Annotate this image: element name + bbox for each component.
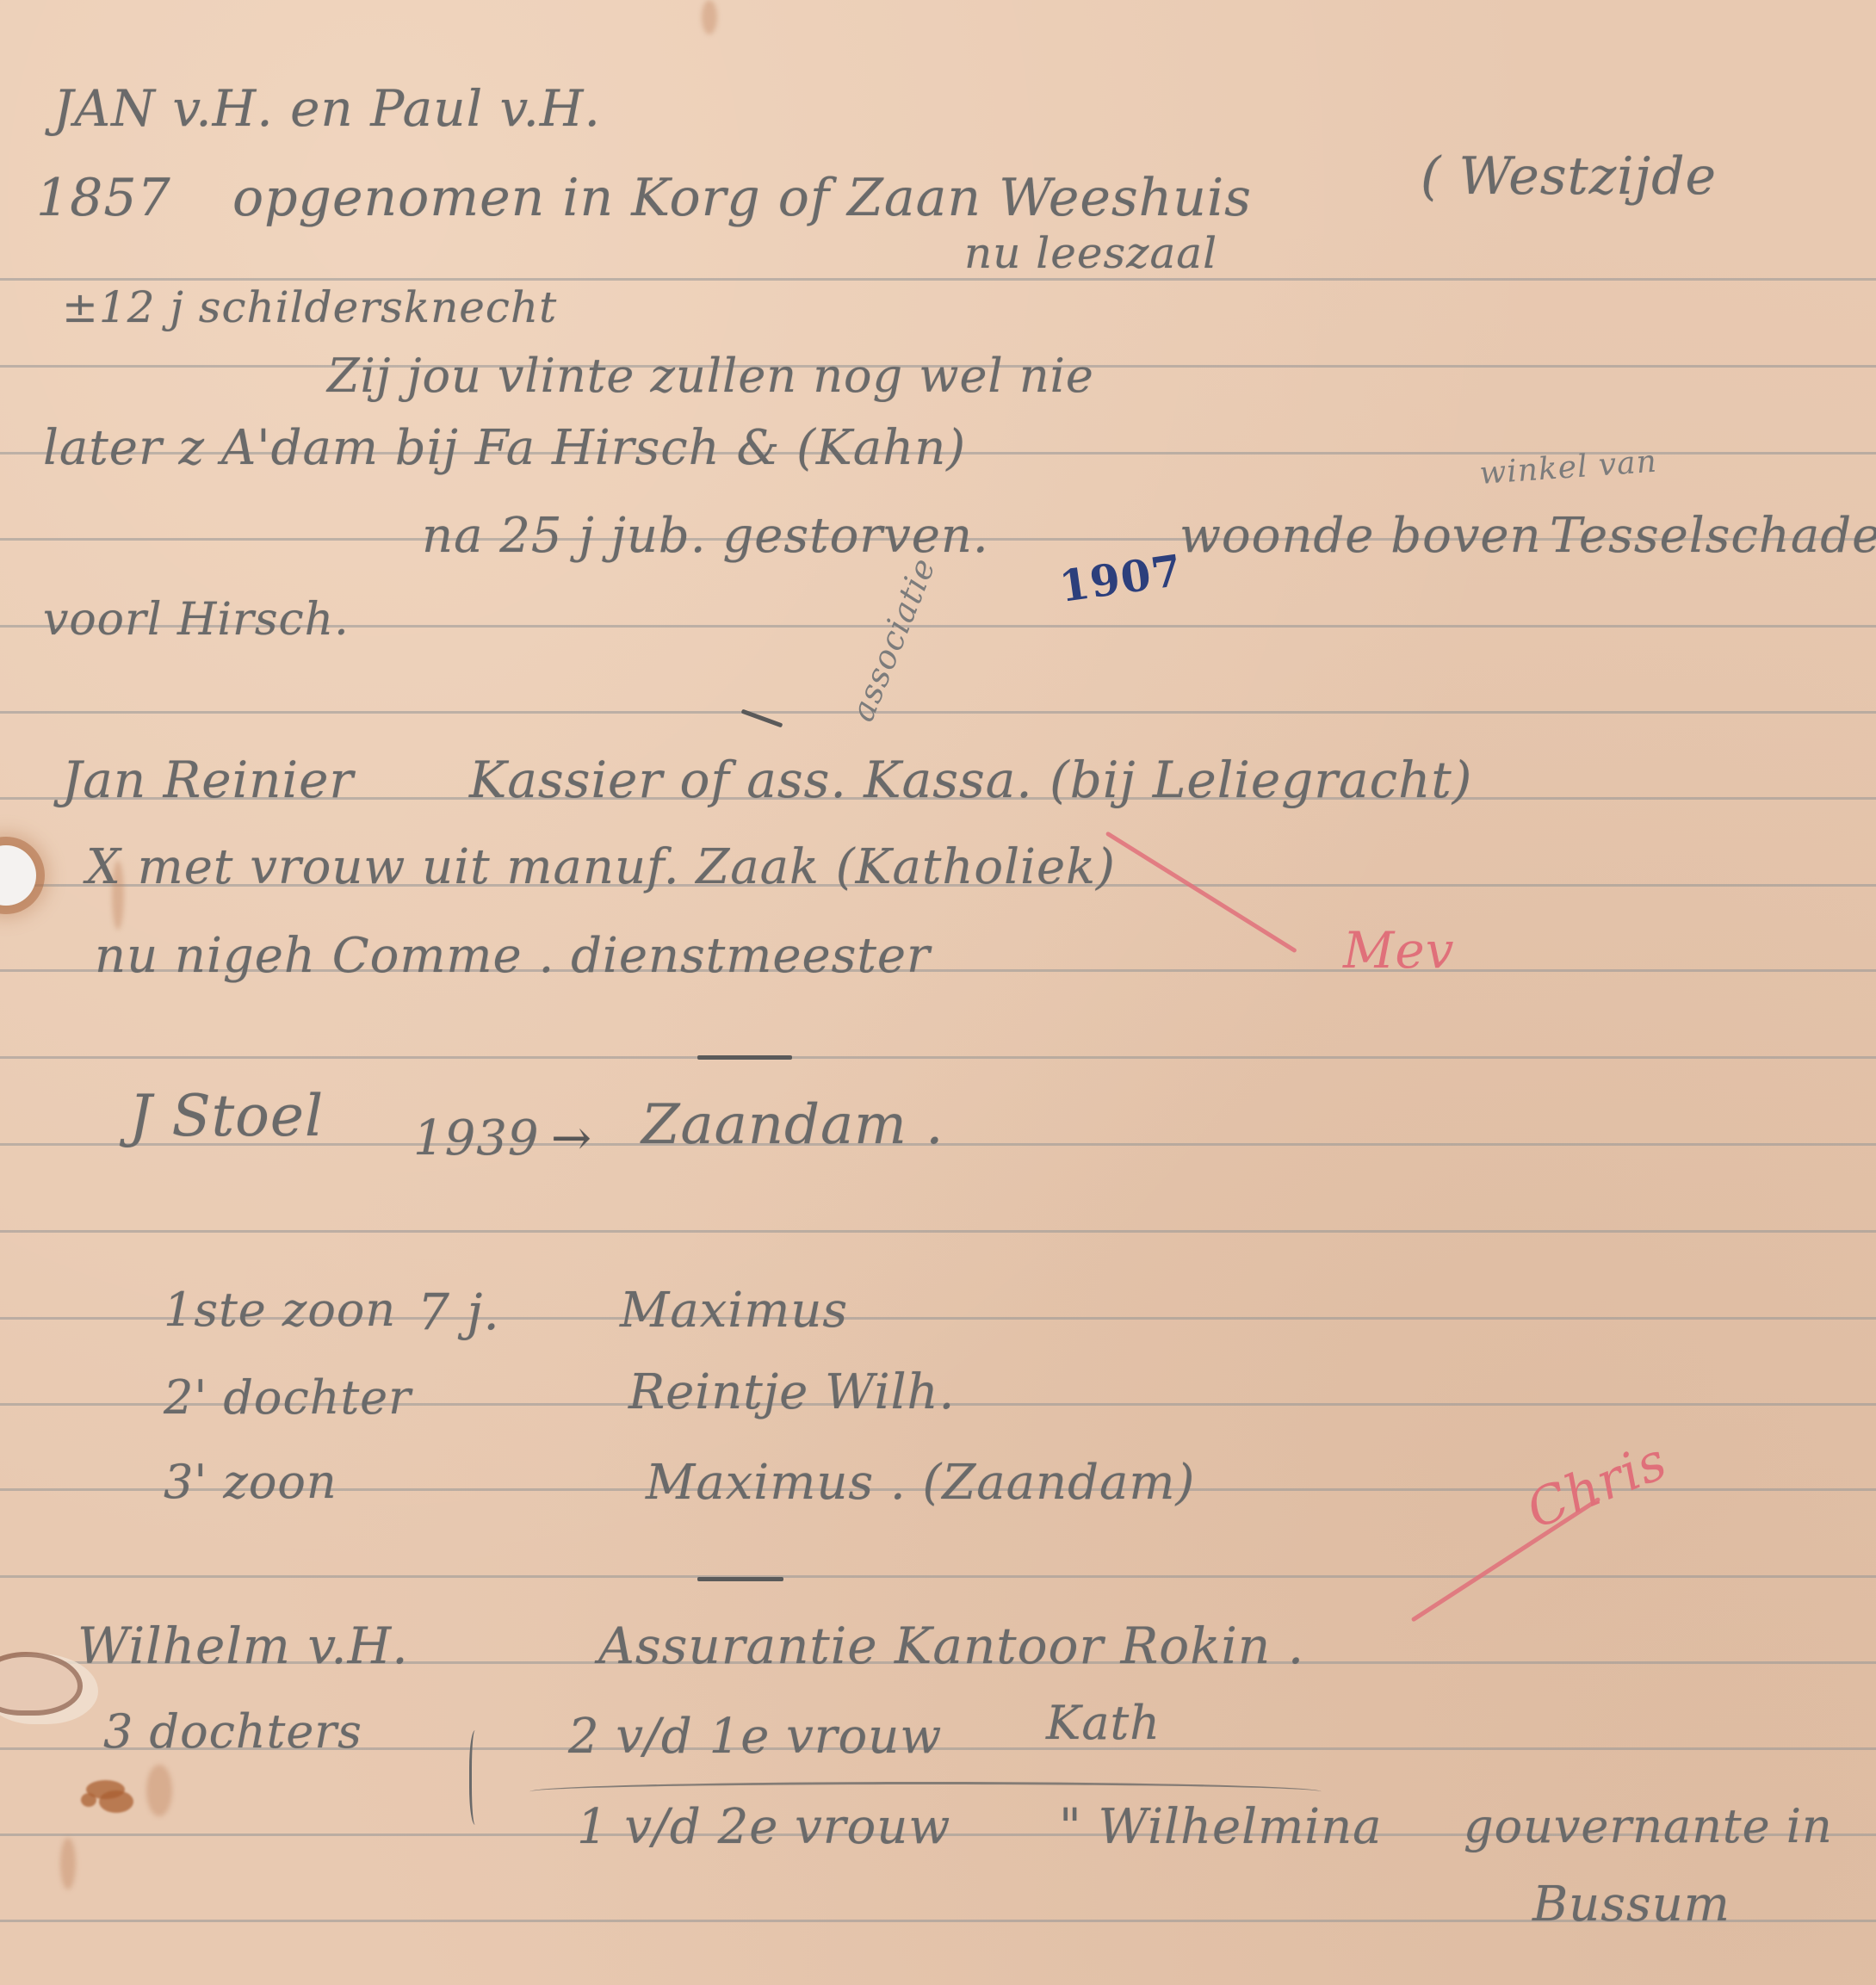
kassier-text: Kassier of ass. Kassa. (bij Leliegracht) <box>469 751 1472 809</box>
year-1907-blue: 1907 <box>1056 545 1186 612</box>
wilhelm-name: Wilhelm v.H. <box>77 1617 409 1675</box>
ruled-line <box>0 278 1876 281</box>
ruled-line <box>0 1056 1876 1059</box>
westzijde-text: ( Westzijde <box>1421 146 1717 207</box>
daughters-label: 3 dochters <box>103 1704 362 1759</box>
ruled-line <box>0 1575 1876 1578</box>
year-1857: 1857 <box>36 168 171 228</box>
assurantie-text: Assurantie Kantoor Rokin . <box>598 1617 1304 1675</box>
section-divider <box>697 1055 792 1060</box>
ruled-line <box>0 1230 1876 1233</box>
child-1-name: Maximus <box>620 1283 848 1339</box>
brown-stain <box>146 1765 172 1816</box>
torn-punch-hole <box>0 1657 77 1710</box>
section-divider <box>697 1577 783 1581</box>
child-1-age: 7 j. <box>418 1283 500 1341</box>
brace-bracket <box>469 1730 484 1825</box>
daughters-first-wife: 2 v/d 1e vrouw <box>568 1709 942 1765</box>
brown-stain <box>81 1793 96 1807</box>
child-3-label: 3' zoon <box>164 1455 337 1509</box>
child-3-name: Maximus . (Zaandam) <box>646 1455 1195 1511</box>
heading-names: JAN v.H. en Paul v.H. <box>53 79 601 138</box>
zaandam-place: Zaandam . <box>641 1093 944 1157</box>
jubilee-line: na 25 j jub. gestorven. <box>422 508 989 564</box>
hirsch-kahn-line: later z A'dam bij Fa Hirsch & (Kahn) <box>43 420 966 476</box>
child-2-name: Reintje Wilh. <box>628 1364 955 1420</box>
woonde-boven: woonde boven <box>1179 508 1542 564</box>
winkel-van-insert: winkel van <box>1478 444 1658 492</box>
year-1939: 1939 <box>413 1110 540 1166</box>
leeszaal-text: nu leeszaal <box>964 228 1217 278</box>
child-2-label: 2' dochter <box>164 1370 412 1425</box>
orphanage-text: opgenomen in Korg of Zaan Weeshuis <box>232 168 1252 228</box>
inserted-phrase: Zij jou vlinte zullen nog wel nie <box>327 349 1094 403</box>
brown-stain <box>99 1790 133 1813</box>
voorl-hirsch: voorl Hirsch. <box>43 594 350 646</box>
j-stoel-name: J Stoel <box>129 1083 324 1149</box>
child-1-label: 1ste zoon <box>164 1283 396 1337</box>
tesselschade: Tesselschade <box>1550 508 1876 564</box>
jan-reinier-name: Jan Reinier <box>62 751 354 809</box>
wilhelmina-name: " Wilhelmina <box>1059 1799 1383 1855</box>
red-connector-line <box>1105 831 1297 953</box>
arrow-icon: → <box>551 1110 592 1166</box>
brown-stain <box>60 1838 76 1889</box>
gouvernante-text: gouvernante in <box>1464 1799 1833 1853</box>
red-note-mev: Mev <box>1343 921 1454 980</box>
red-note-chris: Chris <box>1519 1431 1675 1541</box>
ruled-line <box>0 711 1876 714</box>
bussum-place: Bussum <box>1532 1877 1731 1932</box>
document-page: JAN v.H. en Paul v.H. 1857 opgenomen in … <box>0 0 1876 1985</box>
punch-hole <box>0 845 36 906</box>
brown-stain <box>702 0 717 34</box>
dienstmeester-line: nu nigeh Comme . dienstmeester <box>95 928 931 984</box>
schildersknecht-line: ±12 j schildersknecht <box>62 282 557 332</box>
daughters-second-wife: 1 v/d 2e vrouw <box>577 1799 950 1855</box>
daughters-first-wife-note: Kath <box>1046 1696 1161 1750</box>
married-line: X met vrouw uit manuf. Zaak (Katholiek) <box>86 839 1116 895</box>
associatie-superscript: associatie <box>843 553 943 727</box>
